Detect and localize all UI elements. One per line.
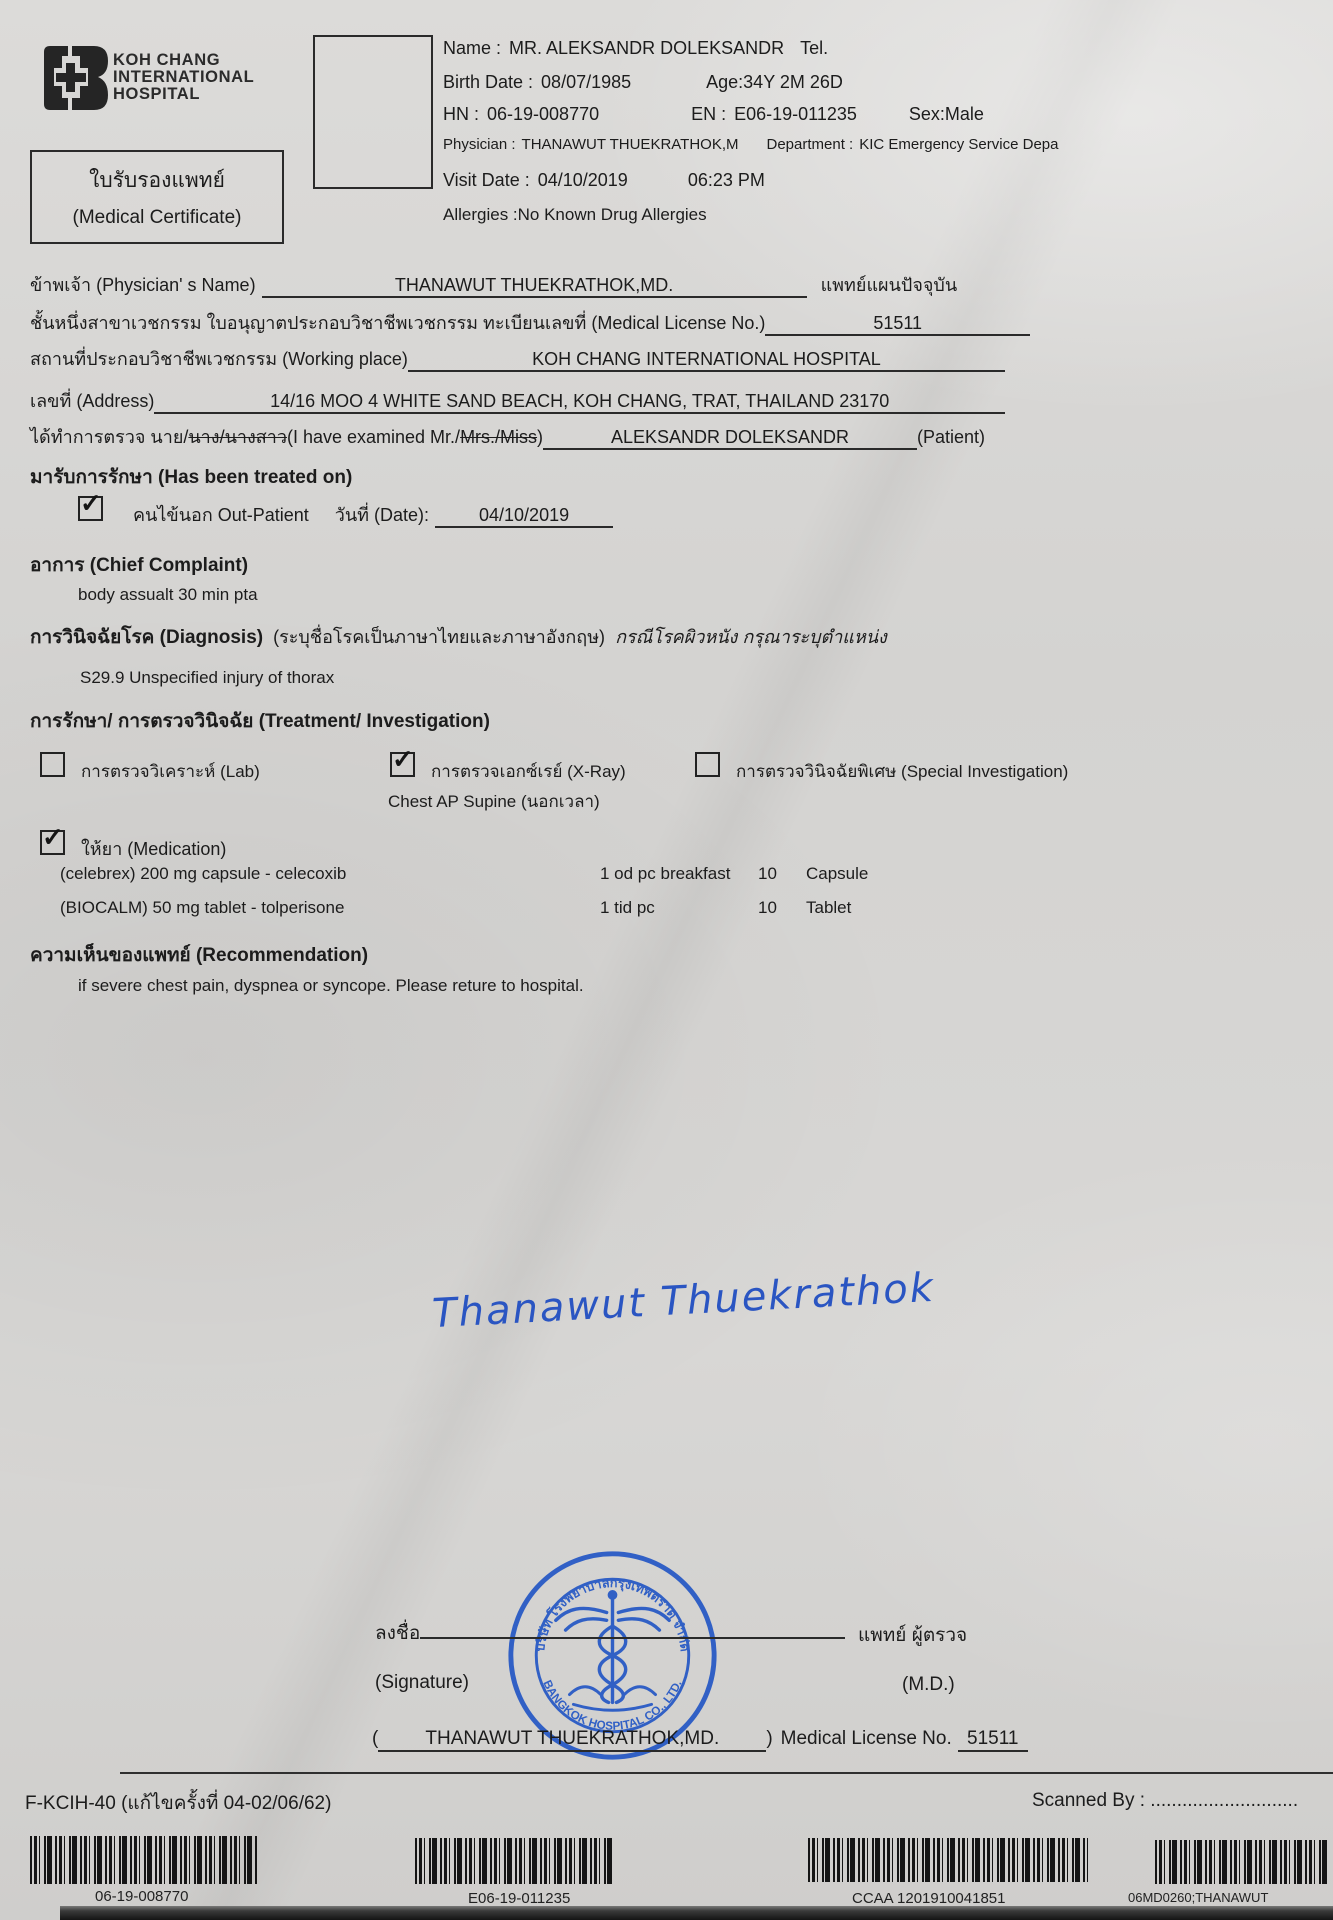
examined-value: ALEKSANDR DOLEKSANDR <box>543 427 917 450</box>
sig-license-value: 51511 <box>958 1728 1028 1752</box>
footer-divider <box>120 1772 1333 1774</box>
patient-name-row: Name : MR. ALEKSANDR DOLEKSANDR Tel. <box>443 38 828 59</box>
examined-line: ได้ทำการตรวจ นาย/นาง/นางสาว (I have exam… <box>30 422 985 451</box>
sig-license-label: Medical License No. <box>781 1728 952 1750</box>
outpatient-checkbox: ✓ <box>78 496 103 521</box>
recommendation-text: if severe chest pain, dyspnea or syncope… <box>78 976 584 996</box>
diagnosis-note-italic: กรณีโรคผิวหนัง กรุณาระบุตำแหน่ง <box>615 622 887 651</box>
treated-date-label: วันที่ (Date): <box>335 500 429 529</box>
hn-value: 06-19-008770 <box>487 104 599 125</box>
photo-box <box>313 35 433 189</box>
outpatient-checkmark: ✓ <box>80 490 102 516</box>
signature-name-row: ( THANAWUT THUEKRATHOK,MD. ) Medical Lic… <box>372 1728 1032 1752</box>
med2-qty: 10 <box>758 898 777 918</box>
xray-option: ✓ การตรวจเอกซ์เรย์ (X-Ray) <box>390 752 626 785</box>
tel-label: Tel. <box>800 38 828 59</box>
medication-checkmark: ✓ <box>42 824 64 850</box>
chief-complaint-text: body assualt 30 min pta <box>78 585 258 605</box>
physician-name-line-value: THANAWUT THUEKRATHOK,MD. <box>262 275 807 298</box>
med1-qty: 10 <box>758 864 777 884</box>
md-caption: (M.D.) <box>902 1674 955 1696</box>
examined-struck-english: Mrs./Miss <box>460 427 537 448</box>
xray-checkbox: ✓ <box>390 752 415 777</box>
barcode-en <box>415 1838 615 1884</box>
examined-prefix: ได้ทำการตรวจ นาย/ <box>30 422 188 451</box>
scanned-by-label: Scanned By : ...........................… <box>1032 1790 1298 1812</box>
name-label: Name : <box>443 38 501 59</box>
license-line-value: 51511 <box>765 313 1030 336</box>
working-place-value: KOH CHANG INTERNATIONAL HOSPITAL <box>408 349 1005 372</box>
visit-time: 06:23 PM <box>688 170 765 191</box>
medication-checkbox: ✓ <box>40 830 65 855</box>
certificate-title-box: ใบรับรองแพทย์ (Medical Certificate) <box>30 150 284 244</box>
allergies-value: No Known Drug Allergies <box>518 205 707 225</box>
recommendation-title: ความเห็นของแพทย์ (Recommendation) <box>30 940 368 970</box>
med1-dose: 1 od pc breakfast <box>600 864 730 884</box>
hn-label: HN : <box>443 104 479 125</box>
allergies-row: Allergies : No Known Drug Allergies <box>443 205 707 225</box>
working-place-label: สถานที่ประกอบวิชาชีพเวชกรรม (Working pla… <box>30 344 408 373</box>
special-checkbox <box>695 752 720 777</box>
special-label: การตรวจวินิจฉัยพิเศษ (Special Investigat… <box>736 758 1068 785</box>
medication-label: ให้ยา (Medication) <box>81 834 226 863</box>
barcode-hn-label: 06-19-008770 <box>95 1888 188 1905</box>
license-line-label: ชั้นหนึ่งสาขาเวชกรรม ใบอนุญาตประกอบวิชาช… <box>30 308 765 337</box>
xray-label: การตรวจเอกซ์เรย์ (X-Ray) <box>431 758 626 785</box>
physician-name-line-label: ข้าพเจ้า (Physician' s Name) <box>30 270 256 299</box>
hn-row: HN : 06-19-008770 EN : E06-19-011235 Sex… <box>443 104 984 125</box>
med2-name: (BIOCALM) 50 mg tablet - tolperisone <box>60 898 344 918</box>
allergies-label: Allergies : <box>443 205 518 225</box>
birth-label: Birth Date : <box>443 72 533 93</box>
hospital-name-line3: HOSPITAL <box>113 86 254 103</box>
examined-suffix: (Patient) <box>917 427 985 448</box>
diagnosis-title: การวินิจฉัยโรค (Diagnosis) <box>30 622 263 652</box>
visit-value: 04/10/2019 <box>538 170 628 191</box>
medication-option: ✓ ให้ยา (Medication) <box>40 830 226 863</box>
name-value: MR. ALEKSANDR DOLEKSANDR <box>509 38 784 59</box>
working-place-line: สถานที่ประกอบวิชาชีพเวชกรรม (Working pla… <box>30 344 1005 373</box>
treated-section-title: มารับการรักษา (Has been treated on) <box>30 462 352 492</box>
physician-row: Physician : THANAWUT THUEKRATHOK,M Depar… <box>443 136 1058 153</box>
hospital-logo-icon <box>42 46 108 110</box>
visit-row: Visit Date : 04/10/2019 06:23 PM <box>443 170 765 191</box>
en-value: E06-19-011235 <box>734 104 857 125</box>
lab-label: การตรวจวิเคราะห์ (Lab) <box>81 758 260 785</box>
physician-name-line-suffix: แพทย์แผนปัจจุบัน <box>821 270 958 299</box>
hospital-name: KOH CHANG INTERNATIONAL HOSPITAL <box>113 52 254 103</box>
barcode-ccaa <box>808 1838 1088 1882</box>
license-line: ชั้นหนึ่งสาขาเวชกรรม ใบอนุญาตประกอบวิชาช… <box>30 308 1030 337</box>
sign-label: ลงชื่อ <box>375 1618 420 1648</box>
sex-value: Sex:Male <box>909 104 984 125</box>
barcode-ccaa-label: CCAA 1201910041851 <box>852 1890 1005 1907</box>
diagnosis-title-row: การวินิจฉัยโรค (Diagnosis) (ระบุชื่อโรคเ… <box>30 622 887 652</box>
department-label: Department : <box>767 136 854 153</box>
birth-value: 08/07/1985 <box>541 72 631 93</box>
examined-mid: (I have examined Mr./ <box>287 427 460 448</box>
age-value: Age:34Y 2M 26D <box>706 72 843 93</box>
birth-row: Birth Date : 08/07/1985 Age:34Y 2M 26D <box>443 72 843 93</box>
examiner-role: แพทย์ ผู้ตรวจ <box>858 1620 967 1650</box>
diagnosis-note: (ระบุชื่อโรคเป็นภาษาไทยและภาษาอังกฤษ) <box>273 622 605 651</box>
med1-unit: Capsule <box>806 864 868 884</box>
xray-note: Chest AP Supine (นอกเวลา) <box>388 788 600 815</box>
address-label: เลขที่ (Address) <box>30 386 154 415</box>
department-value: KIC Emergency Service Depa <box>859 136 1058 153</box>
signature-caption: (Signature) <box>375 1672 469 1694</box>
visit-label: Visit Date : <box>443 170 530 191</box>
chief-complaint-title: อาการ (Chief Complaint) <box>30 550 248 580</box>
diagnosis-text: S29.9 Unspecified injury of thorax <box>80 668 334 688</box>
outpatient-row: ✓ คนไข้นอก Out-Patient วันที่ (Date): 04… <box>78 496 613 529</box>
scan-bottom-edge <box>60 1906 1333 1920</box>
address-value: 14/16 MOO 4 WHITE SAND BEACH, KOH CHANG,… <box>154 391 1005 414</box>
hospital-name-line2: INTERNATIONAL <box>113 69 254 86</box>
barcode-hn <box>30 1836 258 1884</box>
outpatient-label: คนไข้นอก Out-Patient <box>133 500 309 529</box>
examined-struck-thai: นาง/นางสาว <box>188 422 287 451</box>
med2-unit: Tablet <box>806 898 851 918</box>
certificate-title-english: (Medical Certificate) <box>32 207 282 229</box>
barcode-doctor <box>1155 1840 1330 1884</box>
signature-line-row: ลงชื่อ <box>375 1618 845 1648</box>
treatment-section-title: การรักษา/ การตรวจวินิจฉัย (Treatment/ In… <box>30 706 490 736</box>
physician-value: THANAWUT THUEKRATHOK,M <box>522 136 739 153</box>
doctor-signature-handwriting: Thanawut Thuekrathok <box>431 1265 936 1337</box>
lab-checkbox <box>40 752 65 777</box>
xray-checkmark: ✓ <box>392 746 414 772</box>
lab-option: การตรวจวิเคราะห์ (Lab) <box>40 752 260 785</box>
barcode-en-label: E06-19-011235 <box>468 1890 570 1907</box>
med2-dose: 1 tid pc <box>600 898 655 918</box>
hospital-name-line1: KOH CHANG <box>113 52 254 69</box>
treated-date-value: 04/10/2019 <box>435 505 613 528</box>
certificate-title-thai: ใบรับรองแพทย์ <box>32 164 282 197</box>
form-number: F-KCIH-40 (แก้ไขครั้งที่ 04-02/06/62) <box>25 1788 331 1818</box>
en-label: EN : <box>691 104 726 125</box>
sig-name-value: THANAWUT THUEKRATHOK,MD. <box>378 1728 766 1752</box>
sig-paren-close: ) <box>766 1728 772 1750</box>
physician-label: Physician : <box>443 136 516 153</box>
address-line: เลขที่ (Address) 14/16 MOO 4 WHITE SAND … <box>30 386 1005 415</box>
special-option: การตรวจวินิจฉัยพิเศษ (Special Investigat… <box>695 752 1068 785</box>
signature-line <box>420 1637 845 1639</box>
med1-name: (celebrex) 200 mg capsule - celecoxib <box>60 864 346 884</box>
physician-name-line: ข้าพเจ้า (Physician' s Name) THANAWUT TH… <box>30 270 1030 299</box>
